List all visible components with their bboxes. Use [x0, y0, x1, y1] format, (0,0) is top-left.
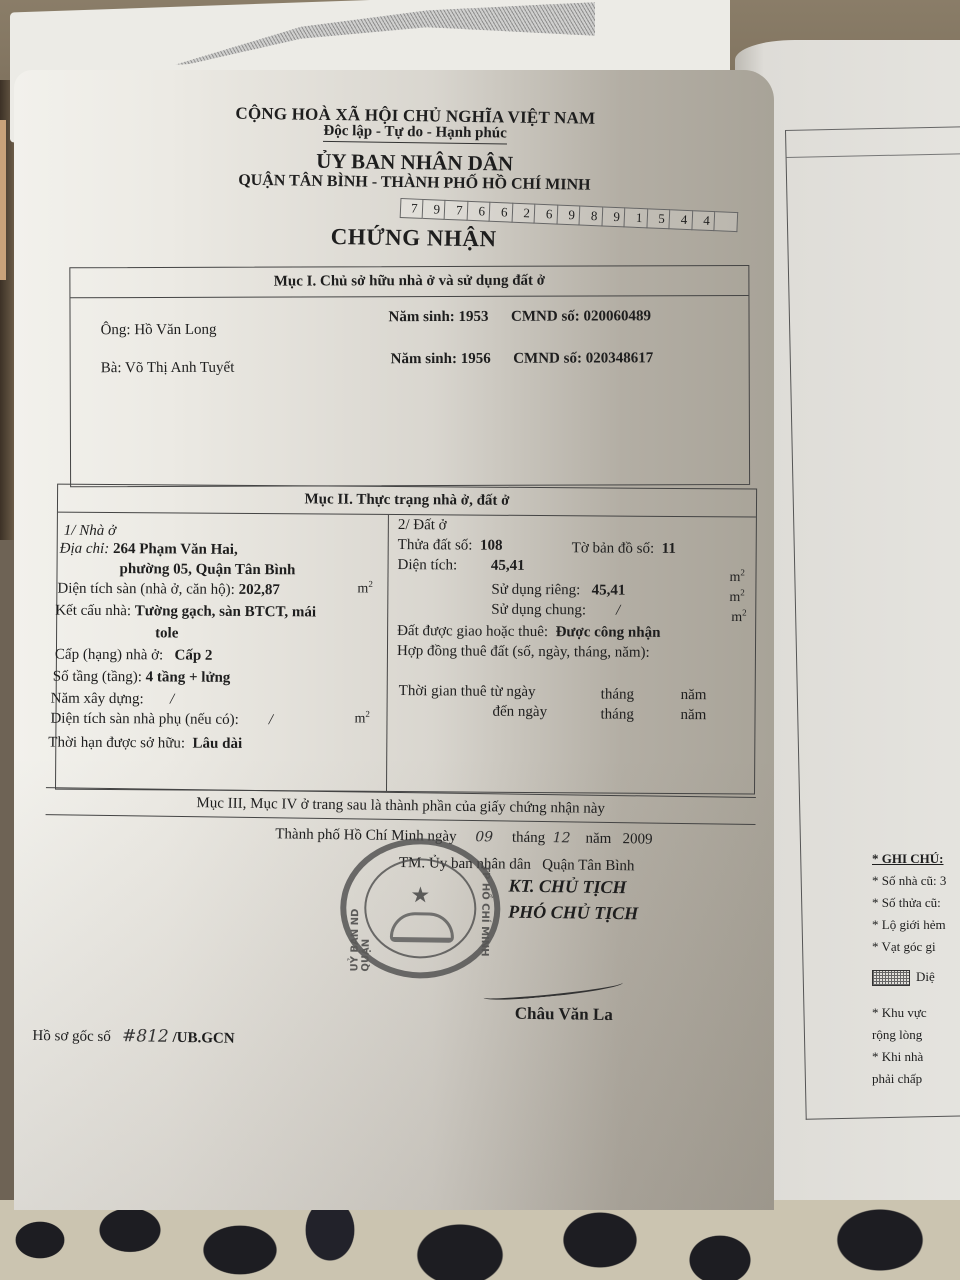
file-number-value: #812	[122, 1026, 169, 1047]
serial-digit: 1	[624, 207, 647, 228]
owner-1-birth-label: Năm sinh:	[388, 309, 454, 325]
note-heading: * GHI CHÚ:	[872, 848, 960, 870]
lease-from: Thời gian thuê từ ngày	[399, 683, 536, 701]
section-2-property: Mục II. Thực trạng nhà ở, đất ở 1/ Nhà ở…	[55, 484, 757, 795]
serial-digit: 2	[512, 203, 535, 224]
structure-line-2: tole	[155, 625, 178, 642]
owner-1-title: Ông:	[101, 322, 131, 338]
section-1-heading: Mục I. Chủ sở hữu nhà ở và sử dụng đất ở	[70, 266, 748, 298]
floor-area-value: 202,87	[239, 582, 280, 598]
shared-use-unit: m2	[731, 607, 747, 626]
serial-digit: 5	[647, 208, 670, 229]
serial-digit: 7	[445, 200, 468, 221]
motto-text: Độc lập - Tự do - Hạnh phúc	[323, 123, 507, 145]
land-area-value: 45,41	[491, 558, 525, 574]
lease-from-month: tháng	[601, 686, 634, 703]
private-use: Sử dụng riêng: 45,41	[491, 582, 625, 600]
handwritten-signature	[483, 978, 624, 1003]
owner-1-name: Ông: Hồ Văn Long	[101, 322, 217, 339]
floors-value: 4 tầng + lửng	[146, 669, 231, 686]
aux-area-label: Diện tích sàn nhà phụ (nếu có):	[50, 711, 238, 728]
allocation-value: Được công nhận	[556, 624, 661, 641]
signing-place-date: Thành phố Hồ Chí Minh ngày 09 tháng 12 n…	[275, 826, 653, 848]
note-zone: * Khu vực	[872, 1002, 960, 1024]
official-seal: ★ UỶ BAN ND QUẬN TP HỒ CHÍ MINH	[339, 837, 501, 979]
section-2-heading: Mục II. Thực trạng nhà ở, đất ở	[58, 485, 756, 518]
grade-label: Cấp (hạng) nhà ở:	[55, 647, 163, 664]
seal-text-left: UỶ BAN ND QUẬN	[349, 873, 372, 971]
year-built: Năm xây dựng: /	[51, 691, 175, 709]
star-icon: ★	[410, 882, 430, 908]
lease-to: đến ngày	[492, 704, 547, 721]
owner-2-id-label: CMND số:	[513, 351, 582, 367]
owner-1-details: Năm sinh: 1953 CMND số: 020060489	[388, 308, 651, 326]
serial-digit: 9	[422, 199, 445, 220]
shared-use-label: Sử dụng chung:	[491, 602, 586, 619]
owner-2-id-number: 020348617	[586, 350, 654, 366]
certificate-content: CỘNG HOÀ XÃ HỘI CHỦ NGHĨA VIỆT NAM Độc l…	[0, 0, 960, 1280]
note-alley-boundary: * Lộ giới hẻm	[872, 914, 960, 936]
signing-day: 09	[475, 829, 493, 845]
file-number-label: Hồ sơ gốc số	[32, 1028, 111, 1045]
note-legend: Diệ	[872, 966, 960, 988]
note-when-house-2: phải chấp	[872, 1068, 960, 1090]
file-number-line: Hồ sơ gốc số #812 /UB.GCN	[32, 1025, 234, 1048]
grade-value: Cấp 2	[174, 647, 212, 663]
note-when-house: * Khi nhà	[872, 1046, 960, 1068]
owner-2-birth-year: 1956	[461, 351, 491, 367]
map-sheet-label: Tờ bản đồ số:	[572, 540, 655, 557]
serial-digit: 7	[400, 198, 423, 219]
owner-1-id-label: CMND số:	[511, 309, 580, 325]
address-label: Địa chỉ:	[60, 541, 110, 557]
signing-month: 12	[553, 830, 571, 846]
lease-to-month: tháng	[600, 706, 633, 723]
column-divider	[386, 515, 389, 791]
aux-area-value: /	[269, 712, 273, 728]
house-heading: 1/ Nhà ở	[64, 523, 116, 540]
section-1-owners: Mục I. Chủ sở hữu nhà ở và sử dụng đất ở…	[69, 265, 750, 487]
house-address: Địa chỉ: 264 Phạm Văn Hai,	[60, 541, 238, 559]
owner-2-birth-label: Năm sinh:	[391, 351, 457, 367]
owner-2-name-value: Võ Thị Anh Tuyết	[125, 360, 234, 376]
month-label: tháng	[512, 830, 546, 846]
signer-name: Châu Văn La	[515, 1004, 613, 1025]
serial-digit: 6	[467, 201, 490, 222]
year-built-label: Năm xây dựng:	[51, 691, 144, 708]
serial-digit: 9	[602, 206, 625, 227]
emblem-icon	[390, 912, 454, 943]
serial-digit: 9	[557, 205, 580, 226]
owner-1-id-number: 020060489	[584, 308, 652, 324]
allocation-label: Đất được giao hoặc thuê:	[397, 623, 548, 640]
owner-2-details: Năm sinh: 1956 CMND số: 020348617	[391, 350, 654, 368]
seal-text-right: TP HỒ CHÍ MINH	[479, 865, 491, 956]
file-number-suffix: /UB.GCN	[172, 1030, 234, 1047]
right-page-notes: * GHI CHÚ: * Số nhà cũ: 3 * Số thửa cũ: …	[872, 848, 960, 1090]
serial-digit: 4	[692, 210, 715, 231]
serial-digit: 8	[580, 206, 603, 227]
serial-digit: 6	[535, 204, 558, 225]
address-line-2: phường 05, Quận Tân Bình	[119, 561, 295, 579]
private-use-value: 45,41	[592, 582, 626, 598]
owner-1-birth-year: 1953	[459, 309, 489, 325]
allocation: Đất được giao hoặc thuê: Được công nhận	[397, 623, 660, 642]
address-line-2-value: phường 05, Quận Tân Bình	[119, 561, 295, 578]
shared-use: Sử dụng chung: /	[491, 602, 620, 620]
land-heading: 2/ Đất ở	[398, 517, 447, 534]
hatched-area-icon	[872, 970, 910, 986]
lease-from-year: năm	[681, 687, 707, 704]
floor-area-label: Diện tích sàn (nhà ở, căn hộ):	[57, 581, 235, 598]
structure-value-2: tole	[155, 625, 178, 641]
parcel-value: 108	[480, 538, 503, 554]
serial-digit: 4	[669, 209, 692, 230]
parcel-label: Thửa đất số:	[398, 537, 473, 554]
ownership-term-label: Thời hạn được sở hữu:	[48, 735, 185, 752]
aux-area-unit: m2	[354, 709, 370, 728]
land-area: Diện tích: 45,41	[398, 557, 525, 575]
signing-year: 2009	[623, 831, 653, 847]
floors: Số tầng (tầng): 4 tầng + lửng	[53, 669, 231, 687]
parcel: Thửa đất số: 108	[398, 537, 503, 555]
address-line-1: 264 Phạm Văn Hai,	[113, 541, 238, 558]
note-old-parcel-number: * Số thửa cũ:	[872, 892, 960, 914]
floor-area-unit: m2	[357, 579, 373, 598]
map-sheet-value: 11	[662, 541, 676, 557]
note-corner-cut: * Vạt góc gi	[872, 936, 960, 958]
owner-1-name-value: Hồ Văn Long	[134, 322, 216, 338]
owner-2-title: Bà:	[101, 360, 122, 376]
map-sheet: Tờ bản đồ số: 11	[572, 540, 676, 558]
shared-use-value: /	[616, 603, 620, 619]
floors-label: Số tầng (tầng):	[53, 669, 142, 686]
role-vice-chairman: PHÓ CHỦ TỊCH	[508, 902, 638, 925]
note-legend-text: Diệ	[916, 969, 935, 984]
role-vice-chair-acting: KT. CHỦ TỊCH	[508, 876, 626, 899]
structure-label: Kết cấu nhà:	[55, 603, 131, 620]
year-label: năm	[585, 831, 611, 847]
lease-to-year: năm	[680, 707, 706, 724]
year-built-value: /	[170, 691, 174, 707]
seal-inner-ring: ★	[364, 858, 477, 960]
serial-digit: 6	[490, 202, 513, 223]
aux-area: Diện tích sàn nhà phụ (nếu có): /	[50, 711, 273, 730]
note-old-house-number: * Số nhà cũ: 3	[872, 870, 960, 892]
house-grade: Cấp (hạng) nhà ở: Cấp 2	[55, 647, 213, 665]
land-area-unit: m2	[729, 567, 745, 586]
land-area-label: Diện tích:	[398, 557, 458, 573]
structure-value: Tường gạch, sàn BTCT, mái	[135, 603, 316, 620]
ownership-term-value: Lâu dài	[192, 736, 242, 752]
structure: Kết cấu nhà: Tường gạch, sàn BTCT, mái	[55, 603, 316, 622]
lease-from-label: Thời gian thuê từ ngày	[399, 683, 536, 700]
lease-contract: Hợp đồng thuê đất (số, ngày, tháng, năm)…	[397, 643, 650, 662]
ownership-term: Thời hạn được sở hữu: Lâu dài	[48, 735, 242, 753]
floor-area: Diện tích sàn (nhà ở, căn hộ): 202,87	[57, 581, 280, 600]
owner-2-name: Bà: Võ Thị Anh Tuyết	[101, 360, 235, 377]
signing-district: Quận Tân Bình	[542, 857, 634, 874]
private-use-label: Sử dụng riêng:	[491, 582, 580, 599]
private-use-unit: m2	[729, 587, 745, 606]
note-zone-2: rộng lòng	[872, 1024, 960, 1046]
